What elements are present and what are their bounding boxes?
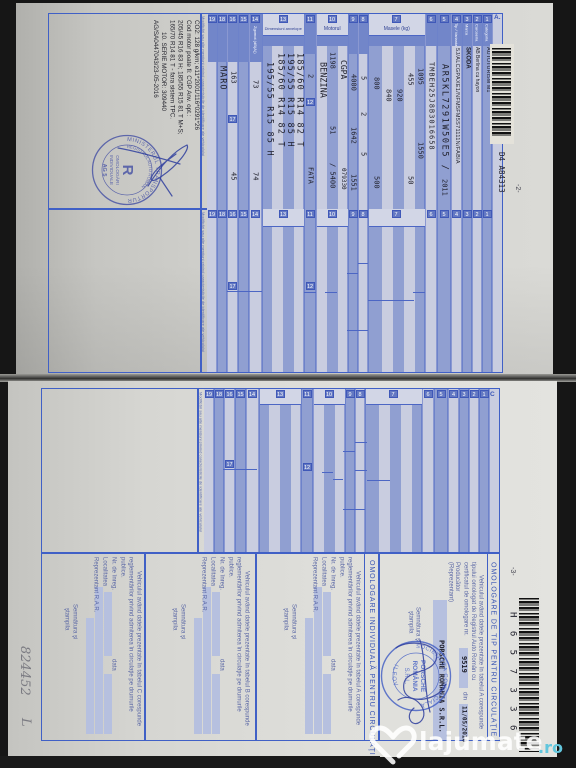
- cell-line: [322, 472, 333, 473]
- form-series-number: H 6 5 7 3 3 6: [508, 612, 517, 734]
- locality-label: Localitatea: [209, 557, 216, 586]
- registration-label: Nr. de înreg.: [218, 557, 225, 590]
- cell-line: [367, 480, 390, 481]
- representative-field: [305, 618, 313, 734]
- row-number: 16: [225, 390, 234, 398]
- row-number: 9: [346, 390, 355, 398]
- approval-text: certificatul de omologare nr.: [462, 562, 469, 636]
- cell-line: [355, 442, 367, 443]
- row-number: 8: [356, 390, 365, 398]
- approval-text: publice.: [338, 557, 345, 578]
- row-number: 17: [225, 460, 234, 468]
- signature-label: Semnătura şi: [179, 604, 186, 639]
- representative-label: (Reprezentant): [447, 562, 454, 602]
- locality-label: Localitatea: [320, 557, 327, 586]
- row-number: 14: [248, 390, 257, 398]
- date-label: data: [329, 659, 336, 671]
- registration-field: [323, 592, 331, 656]
- cell-line: [333, 479, 343, 480]
- row-number: 7: [389, 390, 398, 398]
- cell-line: [355, 470, 367, 471]
- signature-label: ştampila: [171, 608, 178, 630]
- approval-text: Vehiculul având datele prezentate în tab…: [135, 571, 142, 726]
- row-number: 15: [236, 390, 245, 398]
- representative-label: Reprezentant R.A.R.: [311, 557, 318, 612]
- cell-line: [343, 509, 365, 510]
- date-field: [104, 674, 112, 734]
- handwritten-mark: L: [18, 718, 32, 727]
- date-field: [323, 674, 331, 734]
- stamp-line: S.R.L.: [403, 668, 409, 685]
- representative-field: [86, 618, 94, 734]
- registration-field: [104, 592, 112, 656]
- type-approval-title: OMOLOGARE DE TIP PENTRU CIRCULAŢIE: [489, 562, 497, 737]
- cell-line: [343, 451, 355, 452]
- signature-label: ştampila: [407, 611, 414, 633]
- representative-label: Reprezentant R.A.R.: [92, 557, 99, 612]
- barcode-icon: [519, 598, 539, 752]
- row-number: 18: [215, 390, 224, 398]
- stamp-line: PORSCHE: [419, 660, 426, 693]
- table-c-columns: [204, 389, 499, 552]
- approval-text: reglementărilor privind admiterea în cir…: [127, 557, 134, 712]
- row-number: 6: [424, 390, 433, 398]
- certificate-number: 9519: [460, 656, 467, 673]
- notes-header: Modificări sau alte menţiuni privind car…: [199, 392, 204, 532]
- row-number: 4: [449, 390, 458, 398]
- stamp-line: ROMÂNIA: [411, 660, 420, 691]
- approval-text: publice.: [227, 557, 234, 578]
- page-number: -3-: [508, 567, 516, 576]
- representative-label: Reprezentant R.A.R.: [200, 557, 207, 612]
- registration-field: [212, 592, 220, 656]
- date-label: data: [218, 659, 225, 671]
- signature-label: ştampila: [63, 608, 70, 630]
- approval-text: reglementărilor privind admiterea în cir…: [346, 557, 353, 712]
- certificate-date: 11/05/2010: [461, 706, 467, 742]
- row-number: 1: [480, 390, 489, 398]
- approval-text: Vehiculul având datele prezentate în tab…: [243, 571, 250, 726]
- representative-field: [194, 618, 202, 734]
- date-label: data: [110, 659, 117, 671]
- box-divider: [255, 552, 257, 741]
- photo-background-edge: [0, 756, 380, 768]
- registration-label: Nr. de înreg.: [329, 557, 336, 590]
- document-page-3: C 1 2 3 4 5 6 7 8 9 10 11 12 13 14 15 16…: [0, 0, 576, 768]
- approval-text: Vehiculul având datele prezentate în tab…: [477, 575, 484, 729]
- cell-line: [223, 469, 257, 470]
- section-c-label: C: [490, 391, 495, 398]
- approval-text: tipului omologat de Registrul Auto Român…: [469, 562, 476, 680]
- approval-text: reglementărilor privind admiterea în cir…: [235, 557, 242, 712]
- signature-label: Semnătura şi: [414, 607, 421, 642]
- row-number: 12: [303, 463, 312, 471]
- row-number: 3: [460, 390, 469, 398]
- title-divider: [364, 552, 365, 741]
- row-number: 2: [470, 390, 479, 398]
- locality-label: Localitatea: [101, 557, 108, 586]
- signature-label: Semnătura şi: [290, 604, 297, 639]
- signature-label: ştampila: [282, 608, 289, 630]
- registration-label: Nr. de înreg.: [110, 557, 117, 590]
- certificate-date-label: din: [461, 692, 468, 700]
- company-stamp-icon: SOCIETATEA COMERCIALĂ ILFOV PORSCHE ROMÂ…: [380, 640, 452, 712]
- handwritten-number: 824452: [17, 646, 31, 696]
- approval-text: Vehiculul având datele prezentate în tab…: [354, 571, 361, 725]
- producer-label: Producător: [453, 562, 460, 591]
- date-field: [212, 674, 220, 734]
- row-number: 5: [437, 390, 446, 398]
- row-number: 11: [303, 390, 312, 398]
- svg-text:ILFOV: ILFOV: [390, 663, 399, 689]
- section-divider: [41, 552, 500, 554]
- approval-text: publice.: [119, 557, 126, 578]
- stamp-ring-text: ILFOV: [390, 663, 399, 689]
- row-number: 13: [276, 390, 285, 398]
- signature-label: Semnătura şi: [71, 604, 78, 639]
- box-divider: [144, 552, 146, 741]
- row-number: 10: [325, 390, 334, 398]
- row-number: 19: [205, 390, 214, 398]
- individual-approval-title: OMOLOGARE INDIVIDUALĂ PENTRU CIRCULAŢIE: [367, 560, 375, 761]
